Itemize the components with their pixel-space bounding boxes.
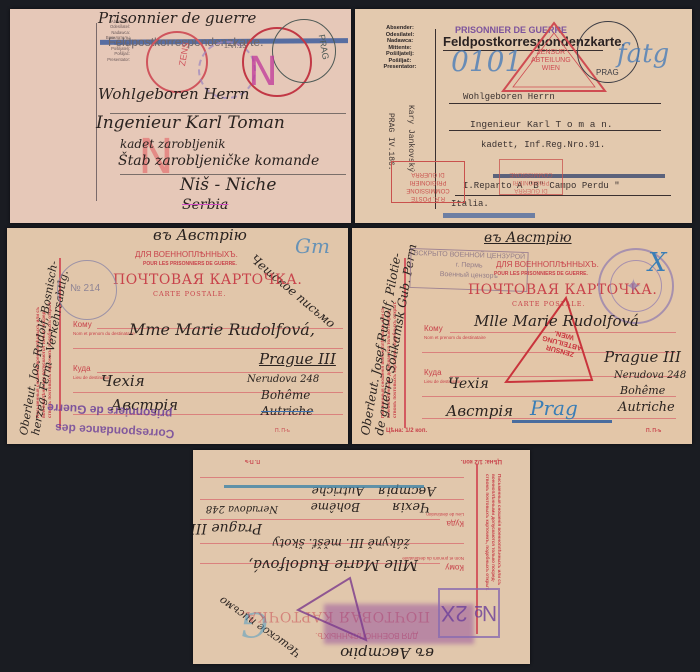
- blue-crayon-mark: fatg: [617, 39, 669, 69]
- censor-line: WIEN: [531, 65, 571, 73]
- violet-pow-stamp: Correspondance des: [55, 421, 175, 441]
- red-rule: [200, 477, 464, 478]
- address-line: Ingenieur Karl T o m a n.: [470, 119, 613, 130]
- label: Presentator:: [74, 57, 130, 62]
- address-line: Serbia: [182, 197, 228, 213]
- postcard-2-feldpost-italy: Absender: Odesílatel: Nadawca: Mittente:…: [355, 9, 692, 223]
- address-rule: [455, 195, 671, 196]
- address-city: Prague III: [604, 348, 681, 366]
- handwritten-to-austria: въ Австрію: [484, 230, 572, 246]
- postmark-text: PRAG: [596, 68, 619, 77]
- price-label: Цѣна: 1/2 коп.: [461, 458, 502, 464]
- address-rule: [449, 103, 661, 104]
- printed-head2: POUR LES PRISONNIERS DE GUERRE.: [143, 261, 237, 267]
- prag-postmark: PRAG: [272, 19, 336, 83]
- address-ru-line: Чехія: [101, 372, 145, 390]
- where-label: Куда: [73, 364, 91, 373]
- red-rule: [73, 348, 343, 349]
- blue-crayon-mark: Prag: [530, 396, 578, 420]
- printed-head2: POUR LES PRISONNIERS DE GUERRE.: [494, 271, 588, 277]
- censor-triangle-text: ZENSUR ABTEILUNG WIEN: [531, 49, 571, 73]
- violet-triangle-stamp: [294, 574, 370, 644]
- magenta-mark: N: [248, 49, 278, 95]
- address-line: Štab zarobljeničke komande: [118, 153, 319, 169]
- inverted-card-content: Письменныя сношенія военноплѣнныхъ или с…: [193, 450, 530, 664]
- address-street: Nerudova 248: [206, 503, 278, 514]
- address-street: Nerudova 248: [247, 374, 319, 385]
- italian-pow-stamp: R.R. POSTE COMMISSIONE PRIGIONIERI DI GU…: [391, 161, 465, 203]
- printed-head1: ДЛЯ ВОЕННОПЛѢННЫХЪ.: [135, 250, 238, 259]
- censor-line: ABTEILUNG: [531, 57, 571, 65]
- eagle-icon: ✦: [625, 274, 642, 298]
- address-line: kadet zarobljenik: [120, 137, 225, 151]
- postcard-1-feldpost-serbia: Absender: Odesílatel: Nadawca: Восилател…: [10, 9, 351, 223]
- printed-vertical-note: Письменныя сношенія военноплѣнныхъ или с…: [483, 474, 502, 590]
- stamp-line: PRIGIONIERI: [500, 178, 562, 186]
- address-region: Bohême: [261, 388, 310, 402]
- note-line: военноплѣнными допускаются только посред…: [490, 474, 496, 590]
- divider: [96, 23, 97, 201]
- note-line: ствомъ почтовыхъ карточекъ, подобныхъ от…: [483, 474, 489, 590]
- printer-mark: П. П-ъ: [646, 428, 661, 434]
- postcard-3-russian-pow: Письменныя сношенія военноплѣнныхъ или с…: [7, 228, 348, 444]
- stamp-line: COMMISSIONE: [392, 186, 464, 194]
- address-name: Mme Marie Rudolfová,: [129, 320, 315, 339]
- address-street: Nerudova 248: [614, 370, 686, 381]
- postmark-text: PRAG: [317, 34, 331, 61]
- printed-subtitle: CARTE POSTALE.: [153, 290, 227, 298]
- address-ru-line: Чехія: [392, 499, 430, 514]
- address-city: Prague III: [259, 350, 336, 368]
- printer-mark: П. П-ъ: [245, 458, 260, 464]
- where-label: Куда: [424, 368, 442, 377]
- handwritten-to-austria: въ Австрію: [340, 644, 434, 662]
- address-line: Ingenieur Karl Toman: [96, 113, 285, 133]
- postcard-4-russian-pow: Письменныя сношенія военноплѣнныхъ или с…: [352, 228, 692, 444]
- note-line: Письменныя сношенія военноплѣнныхъ или с…: [496, 474, 502, 590]
- heading-handwritten: Prisonnier de guerre: [98, 9, 256, 27]
- to-label: Кому: [73, 320, 92, 329]
- stamp-line: R.R. POSTE: [392, 194, 464, 202]
- printed-title: ПОЧТОВАЯ КАРТОЧКА.: [113, 272, 302, 288]
- to-label: Кому: [424, 324, 443, 333]
- address-line: Wohlgeboren Herrn: [463, 92, 555, 102]
- address-line: kadett, Inf.Reg.Nro.91.: [481, 140, 605, 150]
- violet-number-box: № 2X: [438, 588, 500, 638]
- address-name: Mlle Marie Rudolfová,: [248, 556, 418, 574]
- italian-pow-stamp-2: DI GUERRA PRIGIONIERI COMMISSIONE: [499, 159, 563, 195]
- address-ru-line: Австрія: [446, 402, 513, 420]
- address-country: Autriche: [618, 400, 675, 415]
- address-line2: žákyně III. měšť. škoty: [273, 536, 410, 550]
- where-label: Куда: [446, 519, 464, 528]
- blue-crayon-number: 0101: [451, 45, 522, 78]
- sender-labels: Absender: Odesílatel: Nadawca: Mittente:…: [369, 25, 431, 71]
- stamp-line: DI GUERRA: [500, 186, 562, 194]
- stamp-line: PRIGIONIERI: [392, 178, 464, 186]
- stamp-line: COMMISSIONE: [500, 170, 562, 178]
- blue-crayon-mark: Gm: [295, 234, 330, 258]
- address-line: Niš - Niche: [180, 175, 276, 195]
- blue-strike: [512, 420, 612, 423]
- label: Presentator:: [369, 64, 431, 71]
- address-region: Bohême: [311, 500, 360, 514]
- violet-postmark: № 214: [57, 260, 117, 320]
- postmark-text: № 214: [70, 283, 100, 294]
- to-label: Кому: [445, 563, 464, 572]
- address-region: Bohême: [620, 384, 665, 397]
- where-label-fr: Lieu de destination: [426, 512, 464, 517]
- handwritten-corner-note: Чешское письмо: [248, 252, 338, 331]
- blue-strike: [443, 213, 535, 218]
- to-label-fr: Nom et prenom du destinataire: [424, 335, 486, 340]
- censor-line: ZENSUR: [531, 49, 571, 57]
- address-line: Wohlgeboren Herrn: [98, 85, 249, 103]
- address-city: Prague III: [193, 520, 262, 536]
- postcard-5-russian-pow-inverted: Письменныя сношенія военноплѣнныхъ или с…: [193, 450, 530, 664]
- handwritten-to-austria: въ Австрію: [153, 228, 247, 244]
- censor-stamp-text: ZENS: [177, 41, 191, 66]
- printed-head1: ДЛЯ ВОЕННОПЛѢННЫХЪ.: [496, 260, 599, 269]
- address-rule: [449, 130, 661, 131]
- stamp-line: DI GUERRA: [392, 170, 464, 178]
- blue-strike: [224, 485, 424, 488]
- price-label: Цѣна: 1/2 коп.: [386, 428, 427, 434]
- to-label-fr: Nom et prenom du destinataire: [73, 331, 135, 336]
- address-ru-line: Чехія: [448, 376, 489, 392]
- address-name: Mlle Marie Rudolfová: [474, 312, 639, 330]
- printer-mark: П. П-ъ: [275, 428, 290, 434]
- postmark-date: 1.VI.15: [224, 43, 246, 50]
- address-country: Autriche: [261, 404, 313, 418]
- blue-crayon-mark: X: [648, 248, 667, 278]
